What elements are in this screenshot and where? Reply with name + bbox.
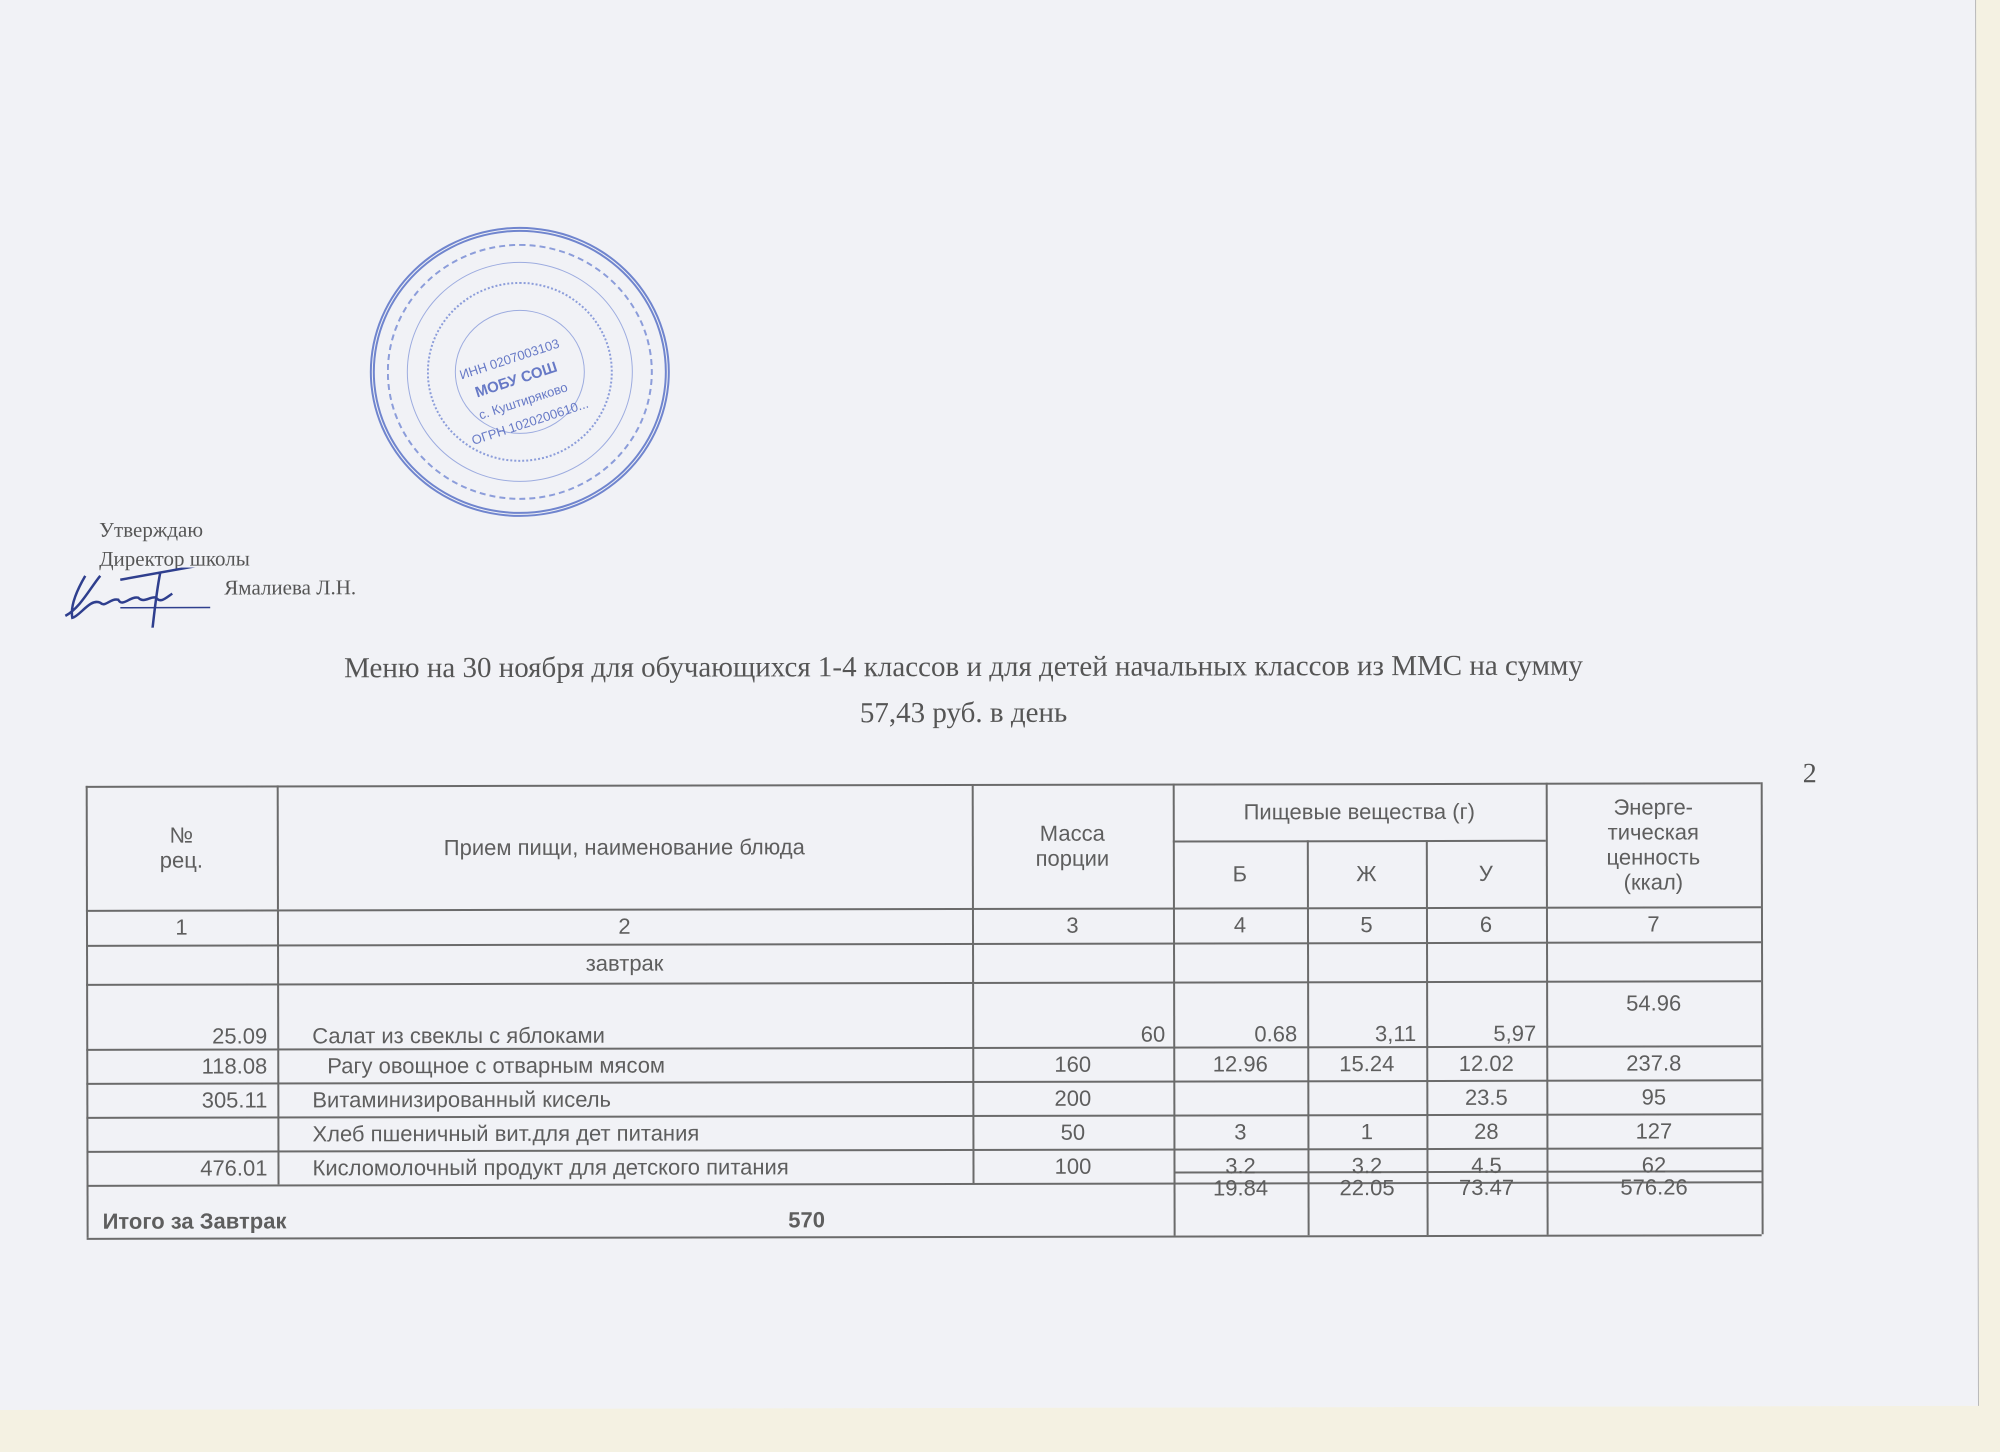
table-border bbox=[86, 1113, 1761, 1118]
row-protein bbox=[1173, 1080, 1307, 1114]
total-mass: 570 bbox=[707, 1183, 907, 1236]
header-fat: Ж bbox=[1307, 840, 1426, 907]
row-energy: 95 bbox=[1546, 1079, 1761, 1113]
total-label: Итого за Завтрак bbox=[87, 1183, 1174, 1238]
row-dish: Витаминизированный кисель bbox=[277, 1081, 972, 1116]
row-energy: 54.96 bbox=[1546, 980, 1761, 1045]
table-border bbox=[1547, 1171, 1549, 1235]
table-border bbox=[1546, 907, 1548, 1182]
table-border bbox=[1307, 907, 1309, 1182]
header-carbs: У bbox=[1426, 840, 1546, 907]
row-energy: 237.8 bbox=[1546, 1045, 1761, 1079]
row-mass: 50 bbox=[972, 1115, 1173, 1149]
header-dish: Прием пищи, наименование блюда bbox=[277, 784, 972, 909]
table-border bbox=[1761, 782, 1763, 1234]
signature-icon bbox=[60, 568, 210, 628]
row-dish: Рагу овощное с отварным мясом bbox=[277, 1047, 972, 1082]
row-energy: 62 bbox=[1546, 1147, 1761, 1181]
table-border bbox=[87, 1234, 1762, 1239]
row-mass: 160 bbox=[972, 1047, 1173, 1081]
total-fat: 22.05 bbox=[1308, 1171, 1427, 1235]
row-protein: 3 bbox=[1173, 1114, 1307, 1148]
table-border bbox=[1426, 907, 1428, 1182]
recipe-number: 118.08 bbox=[86, 1048, 277, 1082]
table-border bbox=[1174, 1170, 1762, 1173]
header-recipe-no: № рец. bbox=[86, 785, 277, 909]
row-fat: 1 bbox=[1307, 1114, 1426, 1148]
table-border bbox=[86, 906, 1761, 911]
row-dish: Салат из свеклы с яблоками bbox=[277, 982, 972, 1048]
row-fat: 3,11 bbox=[1307, 981, 1426, 1046]
table-border bbox=[1426, 840, 1428, 907]
total-protein: 19.84 bbox=[1174, 1171, 1308, 1235]
section-breakfast: завтрак bbox=[277, 943, 972, 983]
row-carbs: 23.5 bbox=[1426, 1080, 1546, 1114]
table-border bbox=[1308, 1171, 1310, 1235]
row-carbs: 5,97 bbox=[1426, 981, 1546, 1046]
row-carbs: 28 bbox=[1426, 1114, 1546, 1148]
table-border bbox=[86, 782, 1761, 787]
header-energy: Энерге-тическая ценность (ккал) bbox=[1546, 782, 1761, 906]
row-mass: 200 bbox=[972, 1081, 1173, 1115]
row-fat bbox=[1307, 1080, 1426, 1114]
table-border bbox=[1307, 840, 1309, 907]
row-protein: 12.96 bbox=[1173, 1046, 1307, 1080]
column-number: 6 bbox=[1426, 907, 1546, 942]
title-line-2: 57,43 руб. в день bbox=[93, 688, 1833, 738]
header-protein: Б bbox=[1173, 840, 1307, 907]
official-stamp: ИНН 0207003103 МОБУ СОШ с. Куштиряково О… bbox=[370, 227, 671, 518]
column-number: 5 bbox=[1307, 907, 1426, 942]
column-number: 2 bbox=[277, 908, 972, 944]
table-border bbox=[86, 1147, 1761, 1152]
table-border bbox=[86, 980, 1761, 985]
row-energy: 127 bbox=[1546, 1113, 1761, 1147]
table-border bbox=[277, 785, 279, 909]
column-number: 4 bbox=[1173, 907, 1307, 942]
recipe-number: 25.09 bbox=[86, 983, 277, 1048]
column-number: 7 bbox=[1546, 906, 1761, 941]
table-border bbox=[86, 1045, 1761, 1050]
recipe-number: 305.11 bbox=[86, 1082, 277, 1116]
table-border bbox=[87, 1181, 1762, 1186]
table-border bbox=[1173, 908, 1175, 1183]
row-carbs: 12.02 bbox=[1426, 1046, 1546, 1080]
recipe-number: 476.01 bbox=[86, 1150, 277, 1184]
table-border bbox=[1174, 1172, 1176, 1236]
column-number: 1 bbox=[86, 909, 277, 944]
row-protein: 0.68 bbox=[1173, 981, 1307, 1046]
table-border bbox=[972, 908, 974, 1183]
table-border bbox=[86, 786, 88, 1238]
column-number: 3 bbox=[972, 908, 1173, 943]
row-mass: 60 bbox=[972, 982, 1173, 1047]
page-number: 2 bbox=[1803, 758, 1817, 790]
total-carbs: 73.47 bbox=[1427, 1171, 1547, 1235]
row-dish: Хлеб пшеничный вит.для дет питания bbox=[277, 1115, 972, 1150]
table-border bbox=[1173, 840, 1546, 842]
table-border bbox=[86, 941, 1761, 946]
title-line-1: Меню на 30 ноября для обучающихся 1-4 кл… bbox=[93, 642, 1833, 692]
header-nutrients: Пищевые вещества (г) bbox=[1173, 783, 1546, 841]
row-mass: 100 bbox=[972, 1149, 1173, 1183]
recipe-number bbox=[86, 1116, 277, 1150]
row-protein: 3.2 bbox=[1173, 1148, 1307, 1182]
total-energy: 576.26 bbox=[1547, 1170, 1762, 1234]
row-fat: 3.2 bbox=[1307, 1148, 1426, 1182]
table-border bbox=[972, 784, 974, 908]
document-page: ИНН 0207003103 МОБУ СОШ с. Куштиряково О… bbox=[0, 0, 1979, 1410]
row-dish: Кисломолочный продукт для детского питан… bbox=[277, 1149, 972, 1184]
row-carbs: 4.5 bbox=[1426, 1148, 1546, 1182]
table-border bbox=[277, 909, 279, 1184]
table-border bbox=[1546, 783, 1548, 907]
header-mass: Масса порции bbox=[972, 784, 1173, 908]
table-border bbox=[1173, 784, 1175, 908]
table-border bbox=[1427, 1171, 1429, 1235]
table-border bbox=[86, 1079, 1761, 1084]
approval-heading: Утверждаю bbox=[99, 515, 356, 545]
page-title: Меню на 30 ноября для обучающихся 1-4 кл… bbox=[93, 642, 1833, 738]
row-fat: 15.24 bbox=[1307, 1046, 1426, 1080]
